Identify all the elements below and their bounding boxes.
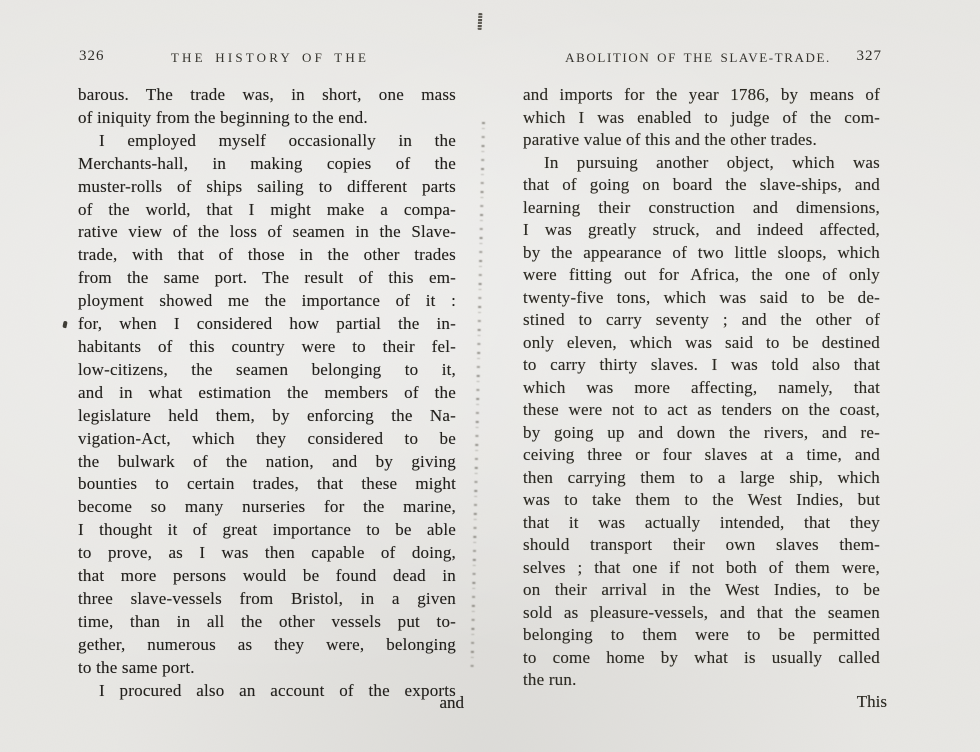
text-line: habitants of this country were to their … (78, 336, 456, 359)
text-line: barous. The trade was, in short, one mas… (78, 84, 456, 107)
text-line: learning their construction and dimensio… (523, 197, 880, 220)
text-line: become so many nurseries for the marine, (78, 496, 456, 519)
text-line: should transport their own slaves them- (523, 534, 880, 557)
text-line: I thought it of great importance to be a… (78, 519, 456, 542)
right-page-catchword: This (523, 692, 887, 712)
text-line: to prove, as I was then capable of doing… (78, 542, 456, 565)
right-page-body: and imports for the year 1786, by means … (523, 84, 880, 692)
text-line: which was more affecting, namely, that (523, 377, 880, 400)
text-line: by the appearance of two little sloops, … (523, 242, 880, 265)
text-line: bounties to certain trades, that these m… (78, 473, 456, 496)
text-line: belonging to them were to be permitted (523, 624, 880, 647)
text-line: these were not to act as tenders on the … (523, 399, 880, 422)
text-line: were fitting out for Africa, the one of … (523, 264, 880, 287)
text-line: legislature held them, by enforcing the … (78, 405, 456, 428)
left-page-body: barous. The trade was, in short, one mas… (78, 84, 456, 702)
text-line: was to take them to the West Indies, but (523, 489, 880, 512)
left-running-header: THE HISTORY OF THE (130, 50, 410, 66)
text-line: stined to carry seventy ; and the other … (523, 309, 880, 332)
text-line: to carry thirty slaves. I was told also … (523, 354, 880, 377)
text-line: parative value of this and the other tra… (523, 129, 880, 152)
text-line: the run. (523, 669, 880, 692)
text-line: of the world, that I might make a compa- (78, 199, 456, 222)
text-line: sold as pleasure-vessels, and that the s… (523, 602, 880, 625)
text-line: twenty-five tons, which was said to be d… (523, 287, 880, 310)
text-line: trade, with that of those in the other t… (78, 244, 456, 267)
left-page-catchword: and (78, 693, 464, 713)
text-line: In pursuing another object, which was (523, 152, 880, 175)
gutter-ink-tick (478, 13, 483, 30)
text-line: on their arrival in the West Indies, to … (523, 579, 880, 602)
right-page-number: 327 (828, 48, 882, 65)
text-line: that more persons would be found dead in (78, 565, 456, 588)
text-line: rative view of the loss of seamen in the… (78, 221, 456, 244)
text-line: ceiving three or four slaves at a time, … (523, 444, 880, 467)
right-running-header: ABOLITION OF THE SLAVE-TRADE. (553, 50, 843, 66)
text-line: that of going on board the slave-ships, … (523, 174, 880, 197)
text-line: I was greatly struck, and indeed affecte… (523, 219, 880, 242)
text-line: to the same port. (78, 657, 456, 680)
text-line: vigation-Act, which they considered to b… (78, 428, 456, 451)
margin-ink-spot (62, 321, 67, 329)
text-line: ployment showed me the importance of it … (78, 290, 456, 313)
text-line: I employed myself occasionally in the (78, 130, 456, 153)
text-line: and in what estimation the members of th… (78, 382, 456, 405)
text-line: for, when I considered how partial the i… (78, 313, 456, 336)
text-line: only eleven, which was said to be destin… (523, 332, 880, 355)
text-line: that it was actually intended, that they (523, 512, 880, 535)
text-line: then carrying them to a large ship, whic… (523, 467, 880, 490)
text-line: to come home by what is usually called (523, 647, 880, 670)
text-line: which I was enabled to judge of the com- (523, 107, 880, 130)
text-line: from the same port. The result of this e… (78, 267, 456, 290)
text-line: of iniquity from the beginning to the en… (78, 107, 456, 130)
text-line: low-citizens, the seamen belonging to it… (78, 359, 456, 382)
text-line: and imports for the year 1786, by means … (523, 84, 880, 107)
text-line: Merchants-hall, in making copies of the (78, 153, 456, 176)
text-line: selves ; that one if not both of them we… (523, 557, 880, 580)
left-page-number: 326 (79, 48, 105, 65)
text-line: by going up and down the rivers, and re- (523, 422, 880, 445)
text-line: three slave-vessels from Bristol, in a g… (78, 588, 456, 611)
book-scan-spread: 326 THE HISTORY OF THE barous. The trade… (0, 0, 980, 752)
gutter-binding-streak (471, 122, 485, 667)
text-line: muster-rolls of ships sailing to differe… (78, 176, 456, 199)
text-line: the bulwark of the nation, and by giving (78, 451, 456, 474)
text-line: time, than in all the other vessels put … (78, 611, 456, 634)
text-line: gether, numerous as they were, belonging (78, 634, 456, 657)
